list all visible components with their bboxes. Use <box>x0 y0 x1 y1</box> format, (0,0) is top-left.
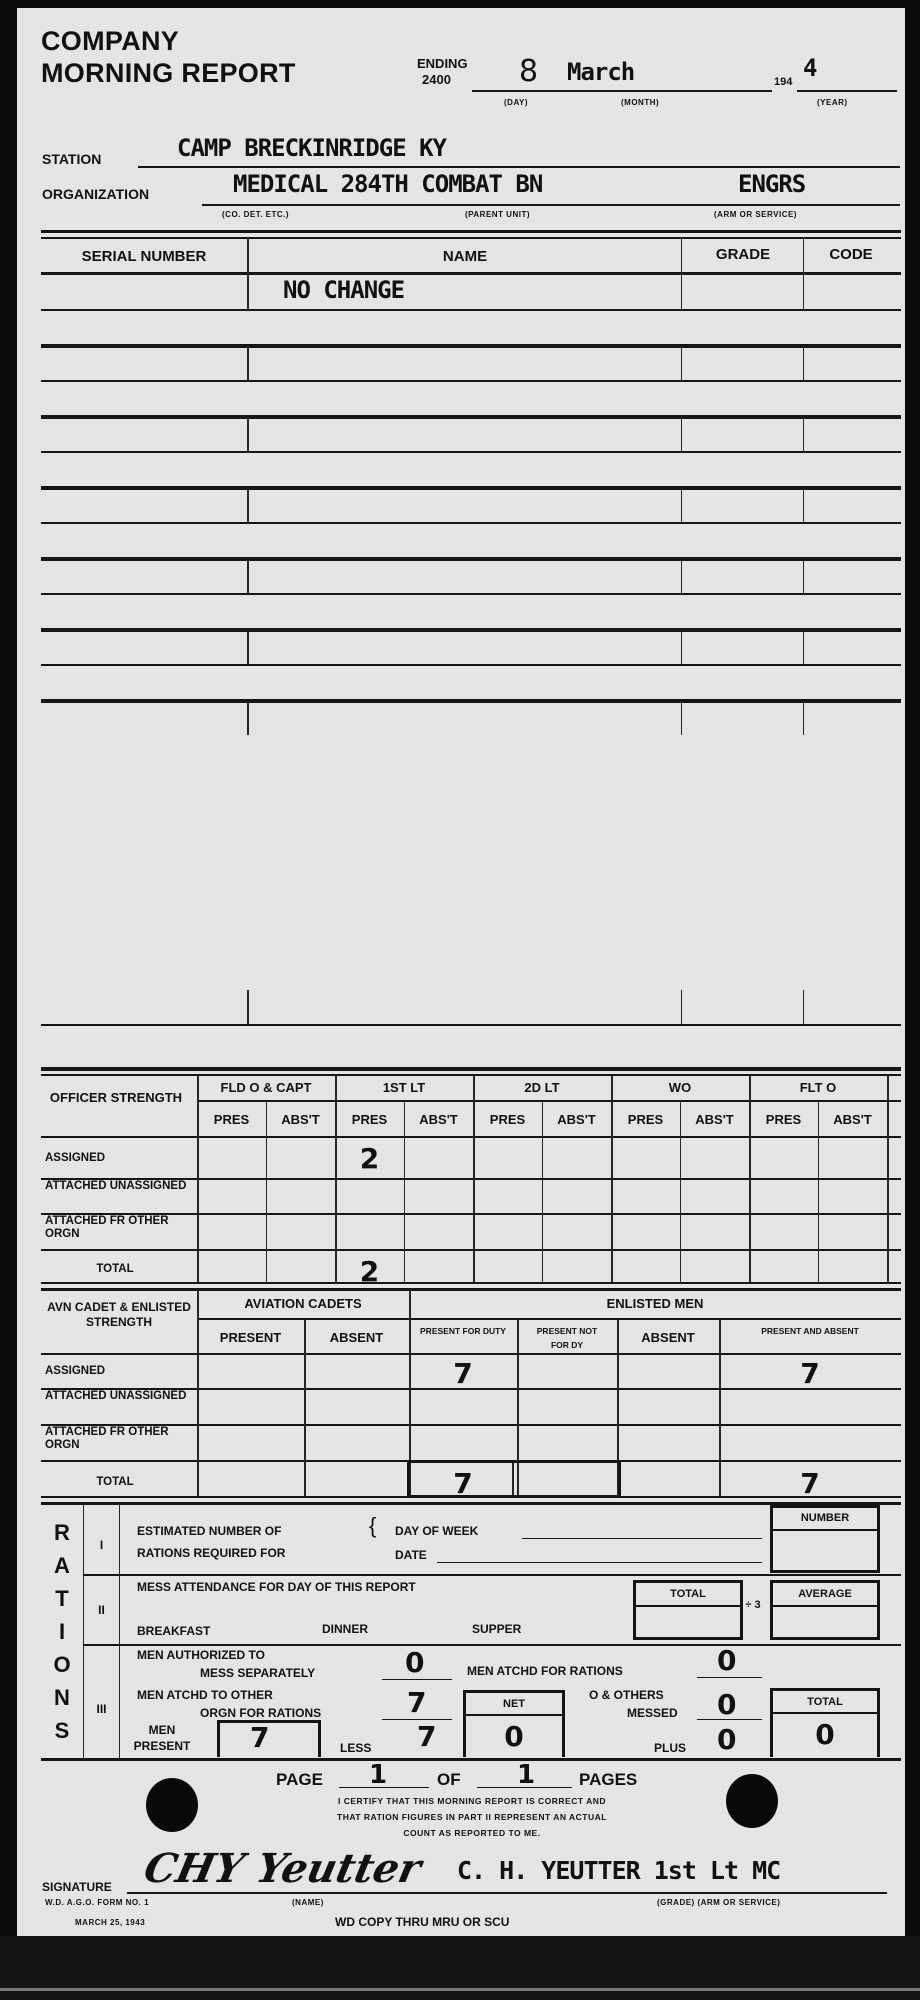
officer-subcol-5: ABS'T <box>542 1112 611 1127</box>
men-present-box: 7 <box>217 1720 321 1757</box>
day-caption: (DAY) <box>504 98 528 107</box>
rations-total-label: TOTAL <box>773 1695 877 1709</box>
officer-row-rule <box>41 1249 901 1251</box>
rations-letter: O <box>47 1652 77 1685</box>
others-label-1: O & OTHERS <box>589 1688 664 1702</box>
org-caption-co: (CO. DET. ETC.) <box>222 210 289 219</box>
part1-label-2: RATIONS REQUIRED FOR <box>137 1546 285 1560</box>
name-caption: (NAME) <box>292 1898 324 1907</box>
enlisted-row-label: ATTACHED UNASSIGNED <box>45 1390 195 1403</box>
men-atchd-rations-label: MEN ATCHD FOR RATIONS <box>467 1664 623 1678</box>
officer-cell-value: 2 <box>335 1255 404 1288</box>
org-caption-arm: (ARM OR SERVICE) <box>714 210 797 219</box>
plus-label: PLUS <box>654 1741 686 1755</box>
officer-group-0: FLD O & CAPT <box>197 1080 335 1095</box>
date-underline <box>472 90 772 92</box>
entry-col-divider <box>247 632 249 664</box>
station-label: STATION <box>42 151 101 167</box>
entry-col-divider <box>247 348 249 380</box>
officer-row-label: TOTAL <box>45 1263 185 1276</box>
enlisted-cell-value: 7 <box>409 1357 517 1390</box>
entry-col-divider <box>681 419 682 451</box>
certify-line-2: THAT RATION FIGURES IN PART II REPRESENT… <box>247 1812 697 1822</box>
part2-numeral: II <box>84 1603 119 1617</box>
enlisted-cell-value: 7 <box>719 1357 901 1390</box>
scan-bottom-strip <box>0 1936 920 2000</box>
men-atchd-rations-value: 0 <box>717 1644 736 1677</box>
enlisted-col-5: PRESENT AND ABSENT <box>719 1324 901 1338</box>
enlisted-top-rule <box>41 1288 901 1291</box>
entry-col-divider <box>681 632 682 664</box>
rations-divider-2 <box>119 1505 120 1758</box>
table-top-rule-2 <box>41 237 901 239</box>
enlisted-row-label: TOTAL <box>45 1476 185 1489</box>
part2-rule <box>83 1574 901 1576</box>
entry-col-divider <box>803 703 804 735</box>
breakfast-label: BREAKFAST <box>137 1624 210 1638</box>
divide-by-three: ÷ 3 <box>745 1598 761 1612</box>
enlisted-cell-value: 7 <box>719 1467 901 1500</box>
supper-label: SUPPER <box>472 1622 521 1636</box>
col-serial-number: SERIAL NUMBER <box>41 248 247 265</box>
officer-subcol-7: ABS'T <box>680 1112 749 1127</box>
officer-subcol-6: PRES <box>611 1112 680 1127</box>
station-underline <box>138 166 900 168</box>
part1-label-1: ESTIMATED NUMBER OF <box>137 1524 281 1538</box>
organization-underline <box>202 204 900 206</box>
rations-total-box: TOTAL 0 <box>770 1688 880 1757</box>
number-label: NUMBER <box>773 1511 877 1525</box>
entry-col-divider <box>247 561 249 593</box>
plus-value: 0 <box>717 1723 736 1756</box>
dinner-label: DINNER <box>322 1622 368 1636</box>
enlisted-col-divider <box>304 1320 306 1496</box>
mess-total-box: TOTAL <box>633 1580 743 1640</box>
grade-caption: (GRADE) (ARM OR SERVICE) <box>657 1898 780 1907</box>
officer-row-label: ASSIGNED <box>45 1152 195 1165</box>
col-grade: GRADE <box>683 246 803 263</box>
officer-top-rule <box>41 1067 901 1071</box>
day-of-week-field[interactable] <box>522 1538 762 1539</box>
date-field[interactable] <box>437 1562 762 1563</box>
binder-hole-left <box>146 1778 198 1832</box>
part1-numeral: I <box>84 1538 119 1552</box>
officer-subcol-4: PRES <box>473 1112 542 1127</box>
entry-col-divider <box>803 632 804 664</box>
entry-col-divider <box>681 703 682 735</box>
men-auth-underline <box>382 1679 452 1680</box>
officer-cell-value: 2 <box>335 1142 404 1175</box>
entry-col-divider <box>681 237 682 309</box>
org-caption-parent: (PARENT UNIT) <box>465 210 530 219</box>
rations-total-value: 0 <box>773 1718 877 1751</box>
average-box: AVERAGE <box>770 1580 880 1640</box>
entry-row-rule-thick <box>41 699 901 703</box>
officer-group-rule <box>197 1100 901 1102</box>
rations-letter: I <box>47 1619 77 1652</box>
scan-edge <box>0 1988 920 1991</box>
rations-letter: S <box>47 1718 77 1751</box>
ending-time: 2400 <box>422 72 451 87</box>
officer-col-divider <box>818 1102 819 1282</box>
men-auth-value: 0 <box>405 1646 424 1679</box>
officer-col-divider <box>473 1076 475 1282</box>
enlisted-col-0: PRESENT <box>197 1330 304 1345</box>
entry-row-rule-thick <box>41 486 901 490</box>
form-date: MARCH 25, 1943 <box>75 1918 145 1927</box>
table-top-rule <box>41 230 901 233</box>
men-atchd-other-label-2: ORGN FOR RATIONS <box>200 1706 321 1720</box>
officer-col-divider <box>749 1076 751 1282</box>
entry-row-rule-thin <box>41 522 901 524</box>
entry-row-rule-thin <box>41 309 901 311</box>
entry-col-divider <box>681 348 682 380</box>
officer-subcol-9: ABS'T <box>818 1112 887 1127</box>
enlisted-col-1: ABSENT <box>304 1330 409 1345</box>
mess-attendance-label: MESS ATTENDANCE FOR DAY OF THIS REPORT <box>137 1580 416 1594</box>
enlisted-col-divider <box>197 1291 199 1496</box>
officer-col-divider <box>404 1102 405 1282</box>
entry-col-divider <box>247 490 249 522</box>
enlisted-col-3: PRESENT NOT FOR DY <box>517 1324 617 1352</box>
entry-row-rule-thin <box>41 380 901 382</box>
officer-col-divider <box>542 1102 543 1282</box>
mess-total-label: TOTAL <box>636 1587 740 1601</box>
entry-col-divider <box>803 490 804 522</box>
officer-subcol-2: PRES <box>335 1112 404 1127</box>
officer-group-3: WO <box>611 1080 749 1095</box>
col-name: NAME <box>249 248 681 265</box>
page-label: PAGE <box>276 1770 323 1790</box>
entry-row-rule-thin <box>41 664 901 666</box>
enlisted-strength-title: AVN CADET & ENLISTED STRENGTH <box>43 1300 195 1330</box>
entry-col-divider <box>247 703 249 735</box>
rations-letter: N <box>47 1685 77 1718</box>
entry-col-divider <box>681 561 682 593</box>
entry-col-divider <box>681 490 682 522</box>
entry-col-divider <box>803 990 804 1024</box>
entry-col-divider <box>803 419 804 451</box>
entry-header-rule <box>41 272 901 275</box>
officer-col-divider <box>887 1076 889 1282</box>
enlisted-row-rule <box>41 1353 901 1355</box>
page-value: 1 <box>369 1760 387 1790</box>
men-present-value: 7 <box>250 1721 269 1754</box>
entry-col-divider <box>803 237 804 309</box>
officer-strength-title: OFFICER STRENGTH <box>41 1090 191 1106</box>
men-present-label-1: MEN <box>132 1723 192 1737</box>
officer-subcol-1: ABS'T <box>266 1112 335 1127</box>
officer-row-label: ATTACHED UNASSIGNED <box>45 1180 195 1193</box>
officer-row-rule <box>41 1282 901 1284</box>
form-title-line1: COMPANY <box>41 26 179 57</box>
enlisted-group-rule <box>197 1318 901 1320</box>
station-value: CAMP BRECKINRIDGE KY <box>177 134 446 162</box>
rations-letter: T <box>47 1586 77 1619</box>
enlisted-row-label: ATTACHED FR OTHER ORGN <box>45 1426 195 1452</box>
col-code: CODE <box>805 246 897 263</box>
rations-bottom-rule <box>41 1758 901 1761</box>
officer-subcol-3: ABS'T <box>404 1112 473 1127</box>
enlisted-col-4: ABSENT <box>617 1330 719 1345</box>
arm-value: ENGRS <box>738 170 805 198</box>
officer-col-divider <box>335 1076 337 1282</box>
officer-col-divider <box>266 1102 267 1282</box>
enlisted-col-2: PRESENT FOR DUTY <box>409 1324 517 1338</box>
enlisted-row-label: ASSIGNED <box>45 1365 195 1378</box>
officer-group-1: 1ST LT <box>335 1080 473 1095</box>
entry-col-divider <box>247 237 249 309</box>
men-auth-label-1: MEN AUTHORIZED TO <box>137 1648 265 1662</box>
men-atchd-other-value: 7 <box>407 1686 426 1719</box>
number-box: NUMBER <box>770 1505 880 1573</box>
less-label: LESS <box>340 1741 371 1755</box>
enlisted-total-highlight-box <box>407 1460 621 1498</box>
report-month: March <box>567 58 634 86</box>
signer-typed-name: C. H. YEUTTER 1st Lt MC <box>457 1856 780 1885</box>
officer-col-divider <box>197 1076 199 1282</box>
officer-row-rule <box>41 1136 901 1138</box>
net-label: NET <box>466 1697 562 1711</box>
entry-row-rule-thick <box>41 415 901 419</box>
less-value: 7 <box>417 1720 436 1753</box>
day-of-week-label: DAY OF WEEK <box>395 1524 478 1538</box>
entry-name-0: NO CHANGE <box>283 276 404 304</box>
aviation-cadets-group: AVIATION CADETS <box>197 1296 409 1311</box>
men-atchd-other-label-1: MEN ATCHD TO OTHER <box>137 1688 273 1702</box>
officer-subcol-0: PRES <box>197 1112 266 1127</box>
others-value: 0 <box>717 1688 736 1721</box>
entry-row-rule-thick <box>41 557 901 561</box>
entry-col-divider <box>247 419 249 451</box>
men-atchd-rations-underline <box>697 1677 762 1678</box>
certify-line-1: I CERTIFY THAT THIS MORNING REPORT IS CO… <box>247 1796 697 1806</box>
entry-row-rule-thin <box>41 451 901 453</box>
rations-side-label: RATIONS <box>47 1520 77 1751</box>
part3-numeral: III <box>84 1702 119 1716</box>
officer-subcol-8: PRES <box>749 1112 818 1127</box>
entry-col-divider <box>247 990 249 1024</box>
pages-label: PAGES <box>579 1770 637 1790</box>
enlisted-men-group: ENLISTED MEN <box>409 1296 901 1311</box>
brace-icon: { <box>369 1519 376 1533</box>
form-number: W.D. A.G.O. FORM NO. 1 <box>45 1898 149 1907</box>
entry-col-divider <box>803 561 804 593</box>
organization-label: ORGANIZATION <box>42 186 149 202</box>
report-year: 4 <box>803 54 816 82</box>
entry-row-rule-thin <box>41 1024 901 1026</box>
entry-row-rule-thick <box>41 628 901 632</box>
net-value: 0 <box>466 1720 562 1753</box>
copy-note: WD COPY THRU MRU OR SCU <box>335 1915 509 1929</box>
date-label: DATE <box>395 1548 427 1562</box>
rations-letter: A <box>47 1553 77 1586</box>
of-label: OF <box>437 1770 461 1790</box>
rations-letter: R <box>47 1520 77 1553</box>
part3-rule <box>83 1644 901 1646</box>
men-present-label-2: PRESENT <box>122 1739 202 1753</box>
form-title-line2: MORNING REPORT <box>41 58 296 89</box>
organization-value: MEDICAL 284TH COMBAT BN <box>233 170 542 198</box>
officer-col-divider <box>611 1076 613 1282</box>
year-underline <box>797 90 897 92</box>
entry-col-divider <box>681 990 682 1024</box>
month-caption: (MONTH) <box>621 98 659 107</box>
of-value: 1 <box>517 1760 535 1790</box>
net-box: NET 0 <box>463 1690 565 1757</box>
signature-label: SIGNATURE <box>42 1880 112 1894</box>
year-caption: (YEAR) <box>817 98 848 107</box>
officer-group-2: 2D LT <box>473 1080 611 1095</box>
officer-top-rule-2 <box>41 1074 901 1076</box>
officer-group-4: FLT O <box>749 1080 887 1095</box>
report-day: 8 <box>519 54 538 89</box>
others-underline <box>697 1719 762 1720</box>
entry-col-divider <box>803 348 804 380</box>
officer-row-label: ATTACHED FR OTHER ORGN <box>45 1215 195 1241</box>
officer-col-divider <box>680 1102 681 1282</box>
certify-line-3: COUNT AS REPORTED TO ME. <box>247 1828 697 1838</box>
entry-row-rule-thick <box>41 344 901 348</box>
average-label: AVERAGE <box>773 1587 877 1601</box>
signature-line <box>127 1892 887 1894</box>
men-auth-label-2: MESS SEPARATELY <box>200 1666 315 1680</box>
year-prefix: 194 <box>774 76 792 88</box>
enlisted-total-box-divider <box>512 1463 514 1495</box>
others-label-2: MESSED <box>627 1706 678 1720</box>
ending-label: ENDING <box>417 56 468 71</box>
entry-row-rule-thin <box>41 593 901 595</box>
morning-report-form: COMPANY MORNING REPORT ENDING 2400 8 Mar… <box>17 8 905 1936</box>
binder-hole-right <box>726 1774 778 1828</box>
handwritten-signature: CHY Yeutter <box>140 1845 425 1892</box>
